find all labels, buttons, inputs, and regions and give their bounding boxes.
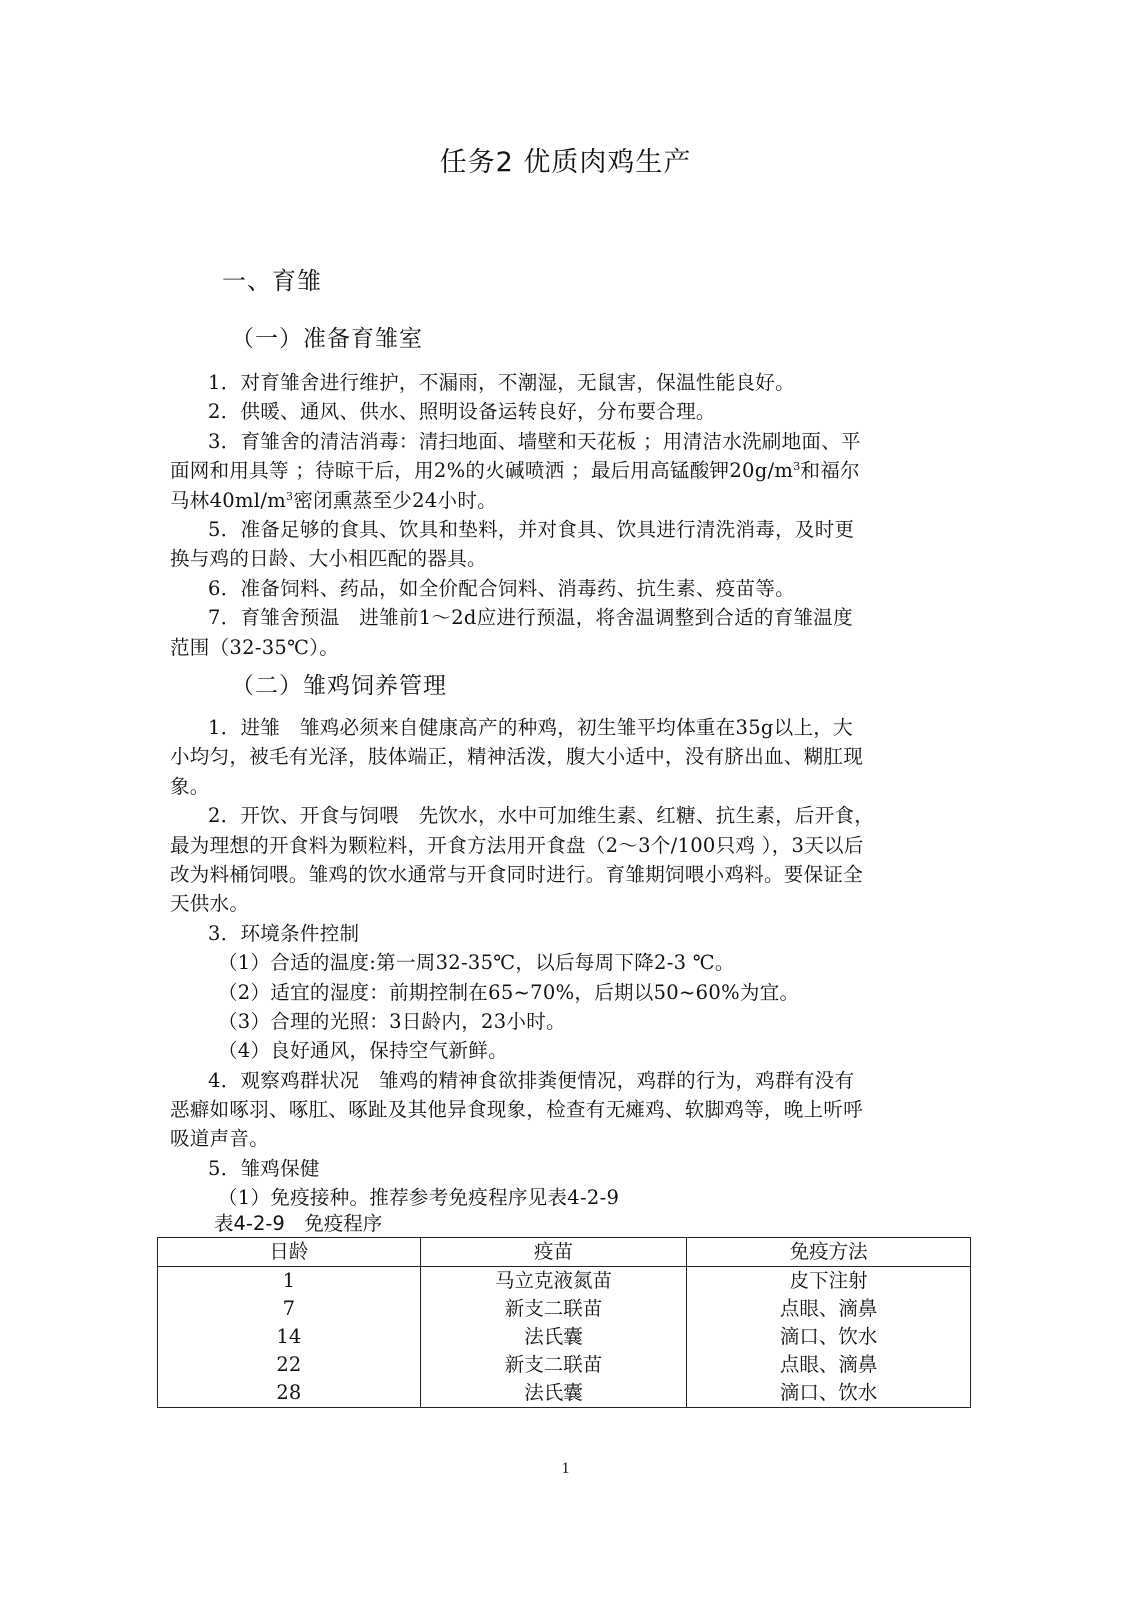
text-line: 3．环境条件控制 [170,919,965,948]
table-row: 7 新支二联苗 点眼、滴鼻 [158,1295,971,1323]
cell-age: 22 [158,1351,421,1379]
text-line: 改为料桶饲喂。雏鸡的饮水通常与开食同时进行。育雏期饲喂小鸡料。要保证全 [170,860,965,889]
cell-vaccine: 马立克液氮苗 [420,1267,687,1296]
chick-management-paragraphs: 1．进雏 雏鸡必须来自健康高产的种鸡，初生雏平均体重在35g以上，大 小均匀，被… [170,713,965,1213]
column-header-age: 日龄 [158,1238,421,1267]
text-segment: 密闭熏蒸至少24小时。 [293,489,497,512]
table-row: 1 马立克液氮苗 皮下注射 [158,1267,971,1296]
superscript: 3 [793,460,800,473]
cell-age: 28 [158,1379,421,1408]
prepare-room-paragraphs: 1．对育雏舍进行维护，不漏雨，不潮湿，无鼠害，保温性能良好。 2．供暖、通风、供… [170,368,965,662]
cell-age: 7 [158,1295,421,1323]
cell-method: 滴口、饮水 [687,1379,971,1408]
subsection-heading-prepare-brooding-room: （一）准备育雏室 [231,323,423,355]
table-row: 28 法氏囊 滴口、饮水 [158,1379,971,1408]
text-line: 最为理想的开食料为颗粒料，开食方法用开食盘（2～3个/100只鸡 ），3天以后 [170,831,965,860]
text-line: 6．准备饲料、药品，如全价配合饲料、消毒药、抗生素、疫苗等。 [170,574,965,603]
text-line: 1．进雏 雏鸡必须来自健康高产的种鸡，初生雏平均体重在35g以上，大 [170,713,965,742]
immunization-table: 日龄 疫苗 免疫方法 1 马立克液氮苗 皮下注射 7 新支二联苗 点眼、滴鼻 1… [157,1237,971,1408]
text-line: 马林40ml/m3密闭熏蒸至少24小时。 [170,486,965,515]
text-line: 3．育雏舍的清洁消毒：清扫地面、墙壁和天花板 ；用清洁水洗刷地面、平 [170,427,965,456]
cell-vaccine: 新支二联苗 [420,1295,687,1323]
text-line: 恶癖如啄羽、啄肛、啄趾及其他异食现象，检查有无瘫鸡、软脚鸡等，晚上听呼 [170,1095,965,1124]
page-number: 1 [0,1460,1131,1478]
cell-vaccine: 法氏囊 [420,1379,687,1408]
text-line: 5．准备足够的食具、饮具和垫料，并对食具、饮具进行清洗消毒，及时更 [170,515,965,544]
text-line: 7．育雏舍预温 进雏前1～2d应进行预温，将舍温调整到合适的育雏温度 [170,603,965,632]
text-segment: 面网和用具等 ；待晾干后，用2%的火碱喷洒 ；最后用高锰酸钾20g/m [170,459,793,482]
text-segment: 马林40ml/m [170,489,286,512]
cell-method: 点眼、滴鼻 [687,1351,971,1379]
cell-method: 点眼、滴鼻 [687,1295,971,1323]
text-line: 4．观察鸡群状况 雏鸡的精神食欲排粪便情况，鸡群的行为，鸡群有没有 [170,1066,965,1095]
page-title: 任务2 优质肉鸡生产 [0,143,1131,183]
text-line: （1）免疫接种。推荐参考免疫程序见表4-2-9 [170,1183,965,1212]
text-line: 5．雏鸡保健 [170,1154,965,1183]
text-line: 吸道声音。 [170,1124,965,1153]
cell-vaccine: 法氏囊 [420,1323,687,1351]
column-header-vaccine: 疫苗 [420,1238,687,1267]
cell-method: 滴口、饮水 [687,1323,971,1351]
text-line: 换与鸡的日龄、大小相匹配的器具。 [170,544,965,573]
text-line: 小均匀，被毛有光泽，肢体端正，精神活泼，腹大小适中，没有脐出血、糊肛现 [170,742,965,771]
text-line: 面网和用具等 ；待晾干后，用2%的火碱喷洒 ；最后用高锰酸钾20g/m3和福尔 [170,456,965,485]
text-line: （2）适宜的湿度：前期控制在65~70%，后期以50~60%为宜。 [170,978,965,1007]
document-page: 任务2 优质肉鸡生产 一、育雏 （一）准备育雏室 1．对育雏舍进行维护，不漏雨，… [0,0,1131,1600]
table-row: 14 法氏囊 滴口、饮水 [158,1323,971,1351]
text-line: （1）合适的温度:第一周32-35℃，以后每周下降2-3 ℃。 [170,948,965,977]
text-line: 2．开饮、开食与饲喂 先饮水，水中可加维生素、红糖、抗生素，后开食， [170,801,965,830]
table-header-row: 日龄 疫苗 免疫方法 [158,1238,971,1267]
table-row: 22 新支二联苗 点眼、滴鼻 [158,1351,971,1379]
text-line: 范围（32-35℃）。 [170,633,965,662]
text-line: 象。 [170,772,965,801]
cell-age: 14 [158,1323,421,1351]
text-line: 天供水。 [170,889,965,918]
text-line: （3）合理的光照：3日龄内，23小时。 [170,1007,965,1036]
section-heading-brooding: 一、育雏 [222,264,322,298]
cell-age: 1 [158,1267,421,1296]
text-line: （4）良好通风，保持空气新鲜。 [170,1036,965,1065]
cell-method: 皮下注射 [687,1267,971,1296]
table-caption: 表4-2-9 免疫程序 [214,1211,382,1237]
text-line: 2．供暖、通风、供水、照明设备运转良好，分布要合理。 [170,397,965,426]
text-segment: 和福尔 [801,459,860,482]
cell-vaccine: 新支二联苗 [420,1351,687,1379]
subsection-heading-chick-management: （二）雏鸡饲养管理 [231,670,447,702]
column-header-method: 免疫方法 [687,1238,971,1267]
text-line: 1．对育雏舍进行维护，不漏雨，不潮湿，无鼠害，保温性能良好。 [170,368,965,397]
